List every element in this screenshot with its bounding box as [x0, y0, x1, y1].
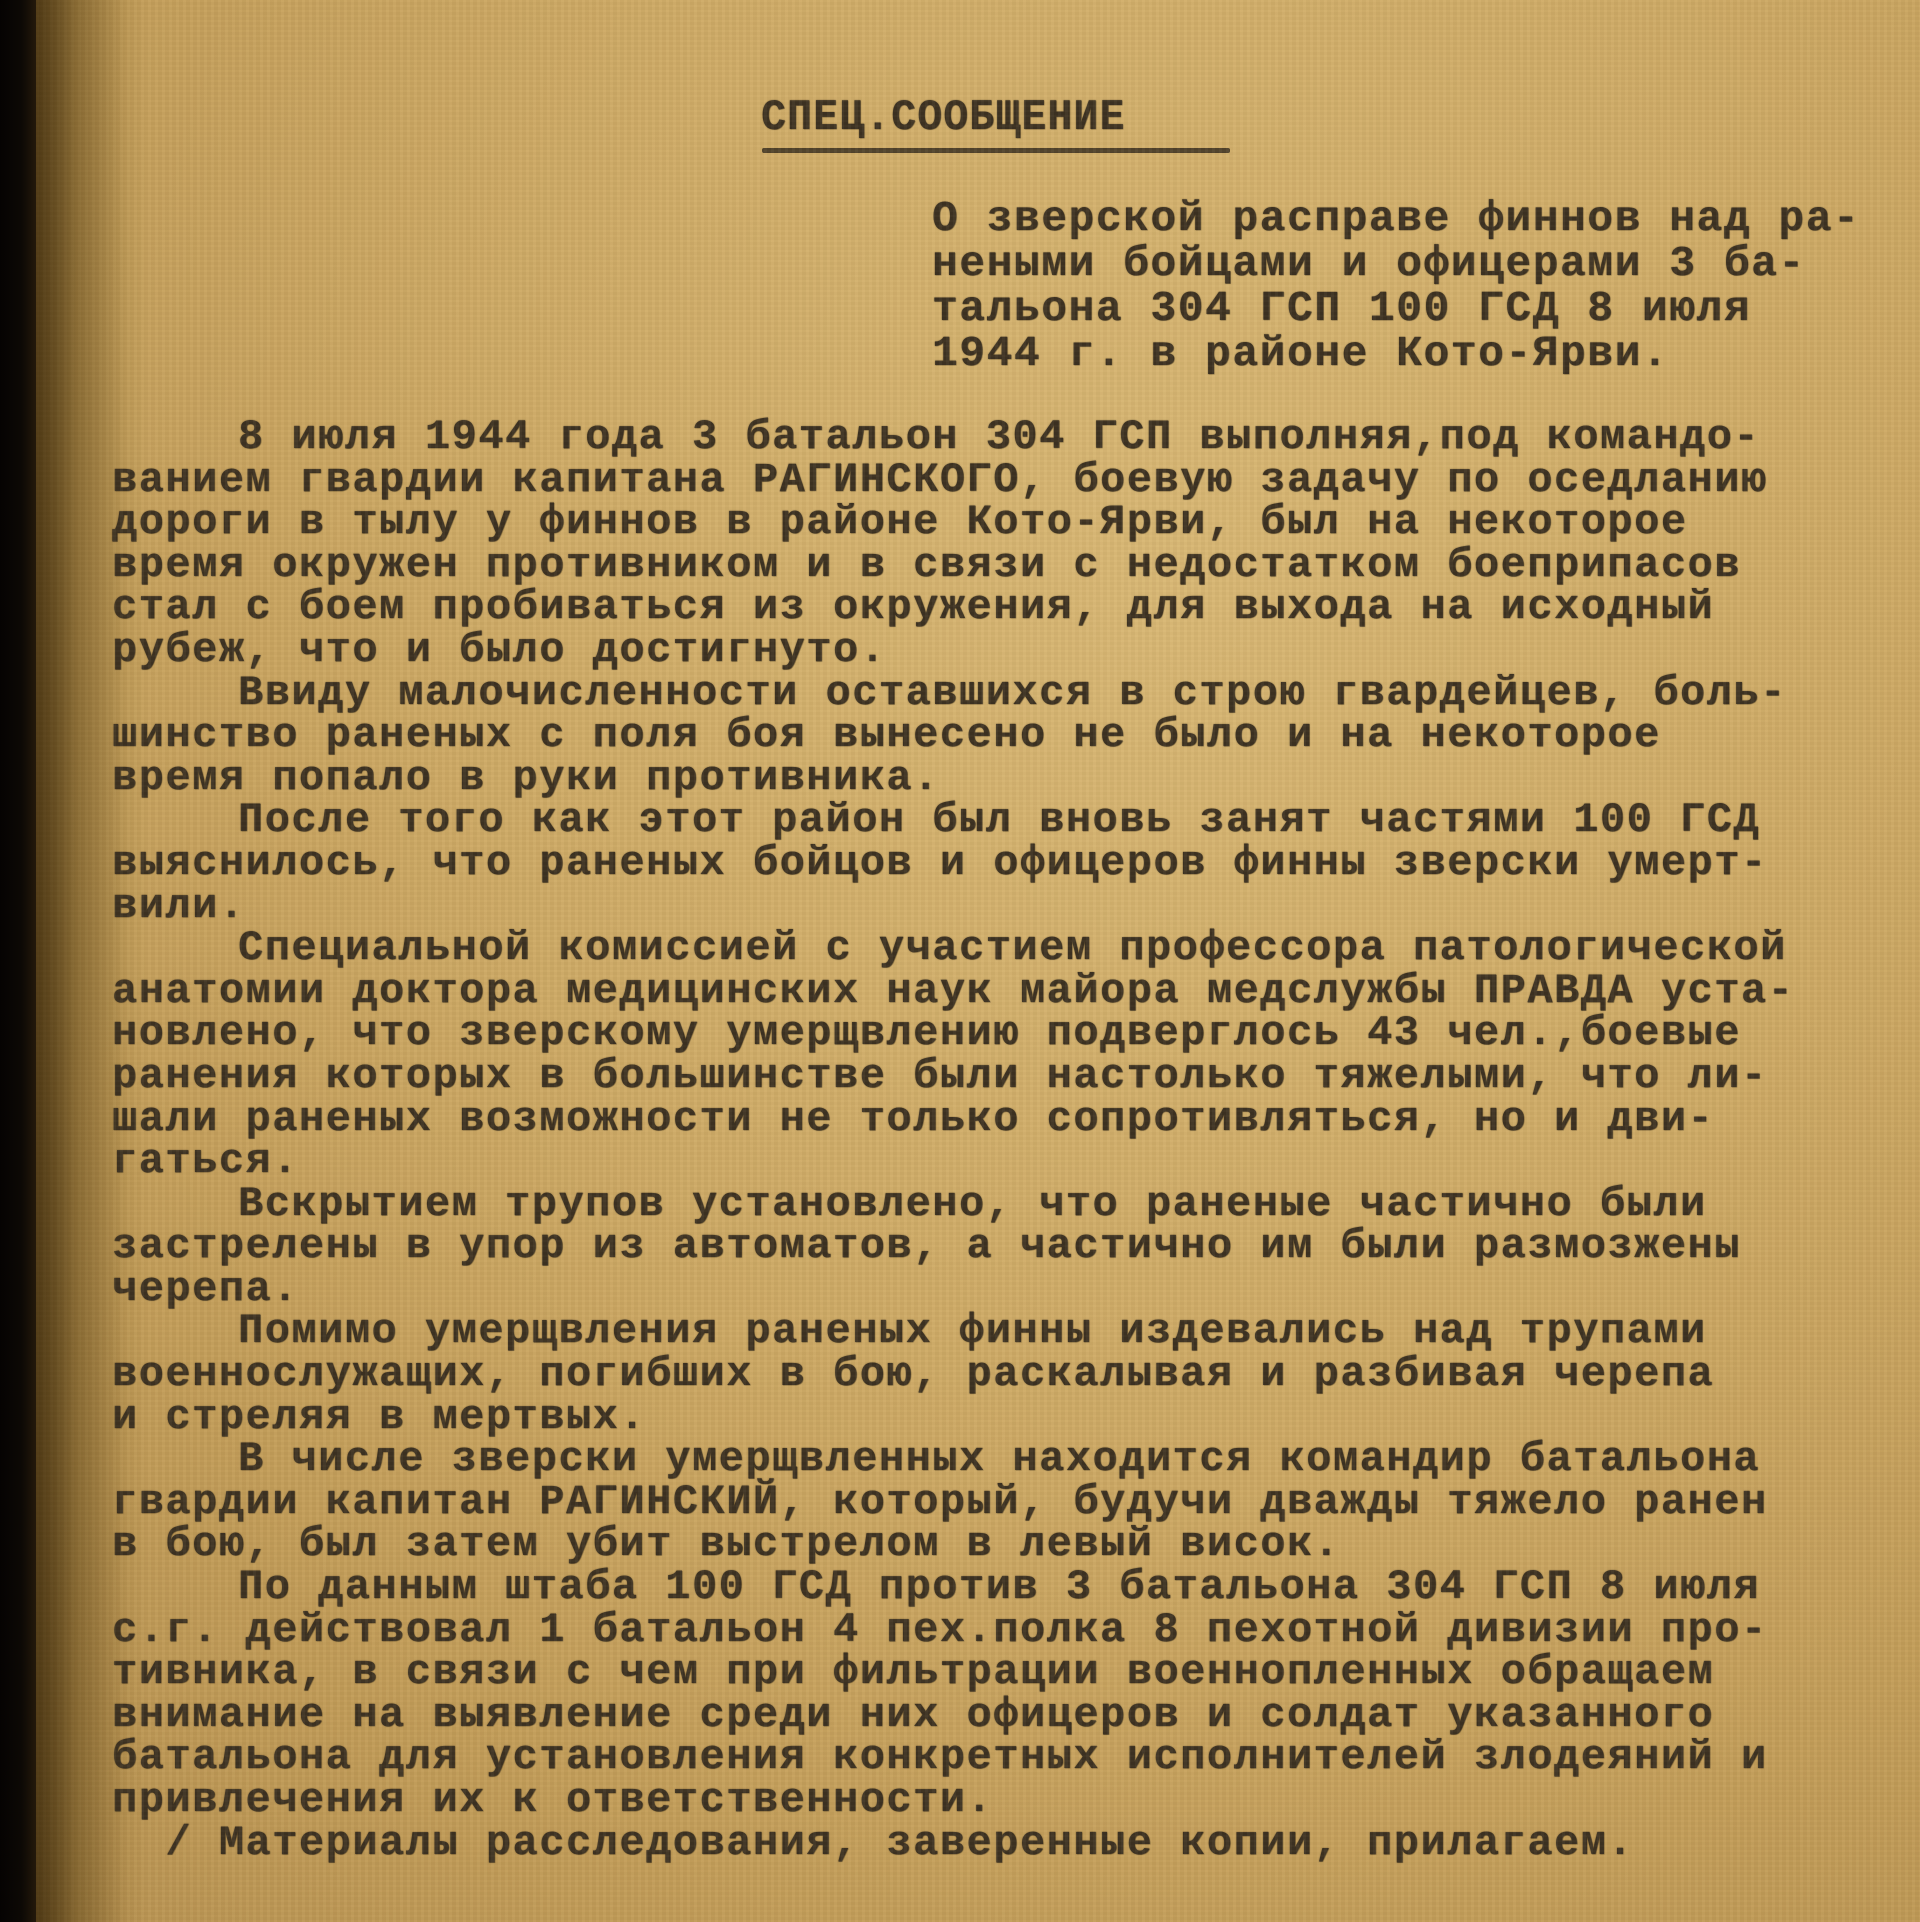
body-line: черепа.	[112, 1268, 1920, 1311]
book-binding-edge	[0, 0, 40, 1922]
body-line: Вскрытием трупов установлено, что ранены…	[112, 1183, 1920, 1226]
document-subject: О зверской расправе финнов над ра- неным…	[932, 196, 1920, 376]
body-line: В числе зверски умерщвленных находится к…	[112, 1438, 1920, 1481]
document-title: СПЕЦ.СООБЩЕНИЕ	[761, 92, 1125, 144]
body-line: вили.	[112, 885, 1920, 928]
body-line: гвардии капитан РАГИНСКИЙ, который, буду…	[112, 1481, 1920, 1524]
body-line: По данным штаба 100 ГСД против 3 батальо…	[112, 1566, 1920, 1609]
subject-line: 1944 г. в районе Кото-Ярви.	[932, 331, 1920, 376]
body-line: время окружен противником и в связи с не…	[112, 544, 1920, 587]
body-line: внимание на выявление среди них офицеров…	[112, 1694, 1920, 1737]
body-line: Специальной комиссией с участием професс…	[112, 927, 1920, 970]
body-line: дороги в тылу у финнов в районе Кото-Ярв…	[112, 501, 1920, 544]
body-line: новлено, что зверскому умерщвлению подве…	[112, 1012, 1920, 1055]
document-body: 8 июля 1944 года 3 батальон 304 ГСП выпо…	[112, 416, 1920, 1864]
body-line: анатомии доктора медицинских наук майора…	[112, 970, 1920, 1013]
body-line: ванием гвардии капитана РАГИНСКОГО, боев…	[112, 459, 1920, 502]
body-line: / Материалы расследования, заверенные ко…	[112, 1822, 1920, 1865]
body-line: рубеж, что и было достигнуто.	[112, 629, 1920, 672]
body-line: гаться.	[112, 1140, 1920, 1183]
body-line: привлечения их к ответственности.	[112, 1779, 1920, 1822]
body-line: шали раненых возможности не только сопро…	[112, 1098, 1920, 1141]
document-page: СПЕЦ.СООБЩЕНИЕ О зверской расправе финно…	[36, 0, 1920, 1922]
body-line: 8 июля 1944 года 3 батальон 304 ГСП выпо…	[112, 416, 1920, 459]
body-line: стал с боем пробиваться из окружения, дл…	[112, 586, 1920, 629]
title-underline	[762, 148, 1230, 153]
body-line: застрелены в упор из автоматов, а частич…	[112, 1225, 1920, 1268]
body-line: выяснилось, что раненых бойцов и офицеро…	[112, 842, 1920, 885]
body-line: Ввиду малочисленности оставшихся в строю…	[112, 672, 1920, 715]
subject-line: тальона 304 ГСП 100 ГСД 8 июля	[932, 286, 1920, 331]
subject-line: О зверской расправе финнов над ра-	[932, 196, 1920, 241]
body-line: После того как этот район был вновь заня…	[112, 799, 1920, 842]
subject-line: неными бойцами и офицерами 3 ба-	[932, 241, 1920, 286]
body-line: шинство раненых с поля боя вынесено не б…	[112, 714, 1920, 757]
body-line: ранения которых в большинстве были насто…	[112, 1055, 1920, 1098]
body-line: время попало в руки противника.	[112, 757, 1920, 800]
body-line: тивника, в связи с чем при фильтрации во…	[112, 1651, 1920, 1694]
body-line: с.г. действовал 1 батальон 4 пех.полка 8…	[112, 1609, 1920, 1652]
body-line: Помимо умерщвления раненых финны издевал…	[112, 1310, 1920, 1353]
body-line: военнослужащих, погибших в бою, раскалыв…	[112, 1353, 1920, 1396]
body-line: и стреляя в мертвых.	[112, 1396, 1920, 1439]
body-line: в бою, был затем убит выстрелом в левый …	[112, 1523, 1920, 1566]
body-line: батальона для установления конкретных ис…	[112, 1736, 1920, 1779]
